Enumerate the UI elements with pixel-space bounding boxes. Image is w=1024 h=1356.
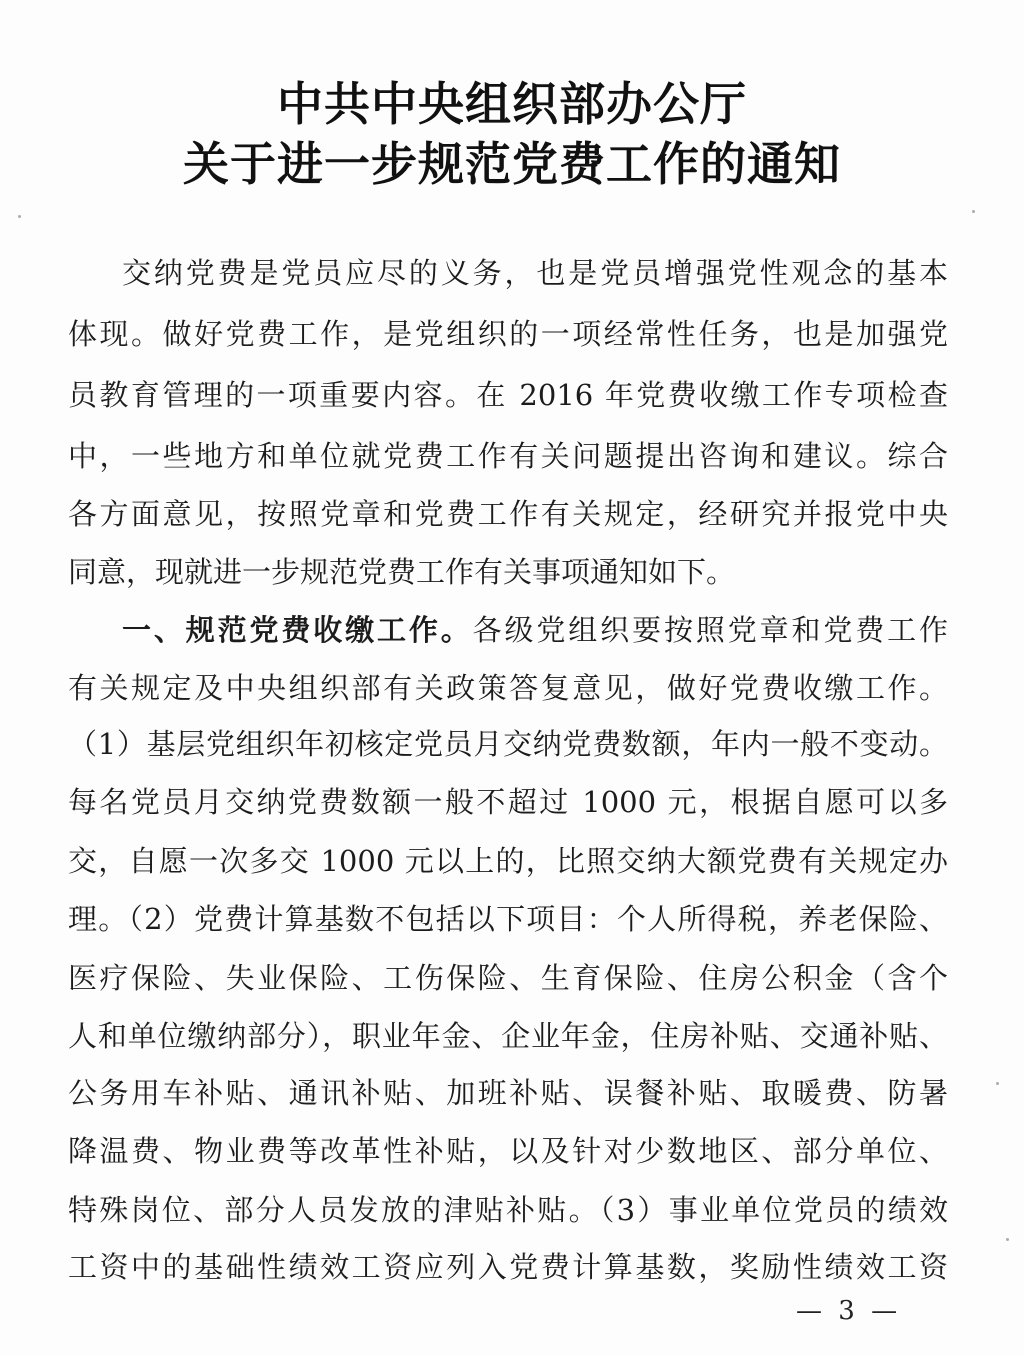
body-paragraph-line: 中，一些地方和单位就党费工作有关问题提出咨询和建议。综合	[68, 436, 948, 476]
section-1-line: （1）基层党组织年初核定党员月交纳党费数额，年内一般不变动。	[68, 724, 948, 764]
section-1-line: 人和单位缴纳部分），职业年金、企业年金，住房补贴、交通补贴、	[68, 1016, 948, 1056]
body-paragraph-line: 员教育管理的一项重要内容。在 2016 年党费收缴工作专项检查	[68, 375, 948, 415]
section-1-line: 特殊岗位、部分人员发放的津贴补贴。（3）事业单位党员的绩效	[68, 1190, 948, 1230]
section-1-first-line-text: 各级党组织要按照党章和党费工作	[473, 613, 948, 647]
section-1-line: 理。（2）党费计算基数不包括以下项目：个人所得税，养老保险、	[68, 899, 948, 939]
section-1-line: 有关规定及中央组织部有关政策答复意见，做好党费收缴工作。	[68, 668, 948, 708]
section-1-line: 交，自愿一次多交 1000 元以上的，比照交纳大额党费有关规定办	[68, 841, 948, 881]
body-paragraph-line: 交纳党费是党员应尽的义务，也是党员增强党性观念的基本	[122, 253, 948, 293]
document-page: 中共中央组织部办公厅 关于进一步规范党费工作的通知 交纳党费是党员应尽的义务，也…	[0, 0, 1024, 1356]
body-paragraph-line: 各方面意见，按照党章和党费工作有关规定，经研究并报党中央	[68, 494, 948, 534]
scan-speck	[972, 210, 975, 213]
document-title-line-2: 关于进一步规范党费工作的通知	[0, 128, 1024, 194]
section-1-first-line: 一、规范党费收缴工作。各级党组织要按照党章和党费工作	[122, 610, 948, 650]
section-1-line: 每名党员月交纳党费数额一般不超过 1000 元，根据自愿可以多	[68, 782, 948, 822]
section-1-line: 医疗保险、失业保险、工伤保险、生育保险、住房公积金（含个	[68, 958, 948, 998]
body-paragraph-line: 同意，现就进一步规范党费工作有关事项通知如下。	[68, 552, 948, 592]
body-paragraph-line: 体现。做好党费工作，是党组织的一项经常性任务，也是加强党	[68, 314, 948, 354]
section-1-line: 公务用车补贴、通讯补贴、加班补贴、误餐补贴、取暖费、防暑	[68, 1073, 948, 1113]
section-1-line: 工资中的基础性绩效工资应列入党费计算基数，奖励性绩效工资	[68, 1247, 948, 1287]
scan-speck	[996, 1082, 999, 1085]
document-title-line-1: 中共中央组织部办公厅	[0, 68, 1024, 134]
section-1-heading: 一、规范党费收缴工作。	[122, 613, 473, 647]
scan-speck	[1006, 1238, 1009, 1241]
section-1-line: 降温费、物业费等改革性补贴，以及针对少数地区、部分单位、	[68, 1131, 948, 1171]
scan-speck	[18, 215, 21, 218]
page-number: — 3 —	[796, 1296, 901, 1326]
